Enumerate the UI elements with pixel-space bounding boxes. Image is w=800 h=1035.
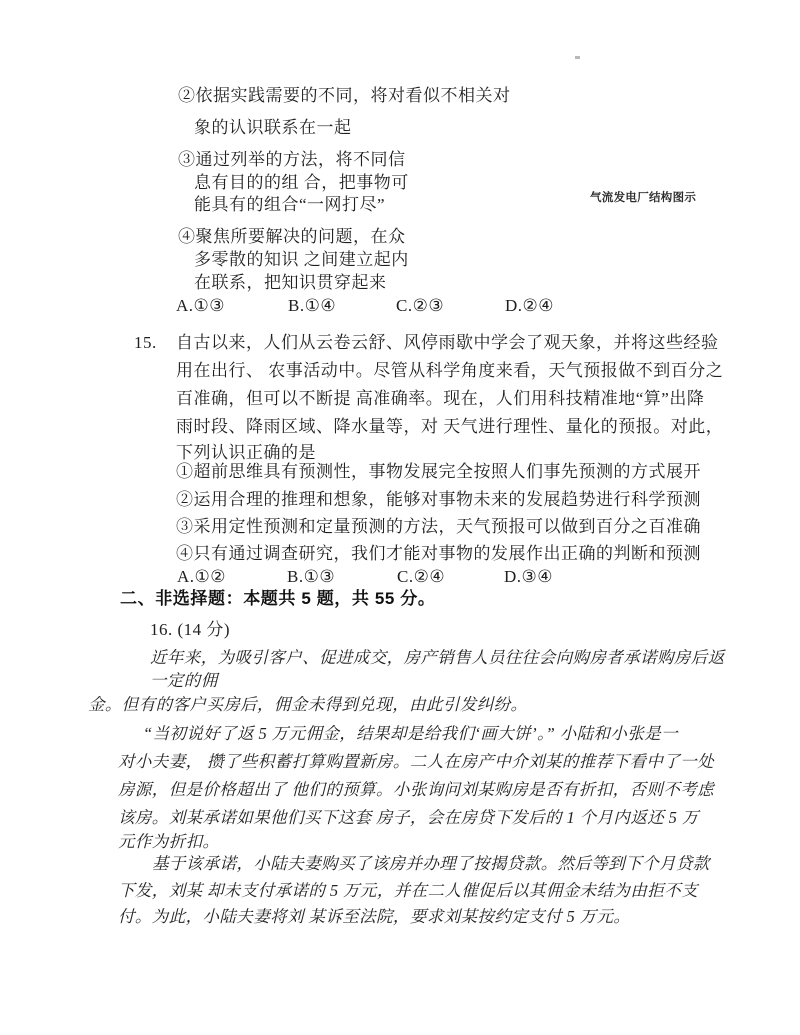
q16-para3-line3: 付。为此，小陆夫妻将刘 某诉至法院，要求刘某按约定支付 5 万元。	[118, 909, 630, 926]
q14-option4-line1: ④聚焦所要解决的问题，在众	[178, 228, 406, 245]
q16-intro-line3: 金。但有的客户买房后，佣金未得到兑现，由此引发纠纷。	[88, 697, 527, 714]
q16-heading: 16. (14 分)	[150, 621, 230, 638]
q15-number: 15.	[134, 334, 157, 351]
q15-choice-3: ③采用定性预测和定量预测的方法，天气预报可以做到百分之百准确	[176, 518, 701, 535]
q16-para2-line2: 对小夫妻， 攒了些积蓄打算购置新房。二人在房产中介刘某的推荐下看中了一处	[118, 754, 714, 771]
q15-stem-line4: 雨时段、降雨区域、降水量等，对 天气进行理性、量化的预报。对此，	[176, 418, 723, 435]
q15-answer-b: B.①③	[287, 568, 335, 585]
q14-answer-a: A.①③	[176, 297, 225, 314]
q14-option4-line3: 在联系，把知识贯穿起来	[194, 274, 387, 291]
q16-intro-line1: 近年来，为吸引客户、促进成交，房产销售人员往往会向购房者承诺购房后返	[150, 650, 725, 667]
q16-para2-line4: 该房。刘某承诺如果他们买下这套 房子，会在房贷下发后的 1 个月内返还 5 万	[118, 810, 699, 827]
q16-para3-line2: 下发，刘某 却未支付承诺的 5 万元，并在二人催促后以其佣金未结为由拒不支	[118, 883, 698, 900]
q15-choice-4: ④只有通过调查研究，我们才能对事物的发展作出正确的判断和预测	[176, 545, 701, 562]
q16-para2-line3: 房源，但是价格超出了 他们的预算。小张询问刘某购房是否有折扣，否则不考虑	[118, 782, 714, 799]
q15-answer-a: A.①②	[177, 568, 226, 585]
q15-stem-line2: 用在出行、 农事活动中。尽管从科学角度来看，天气预报做不到百分之	[176, 362, 723, 379]
q15-choice-1: ①超前思维具有预测性，事物发展完全按照人们事先预测的方式展开	[176, 463, 701, 480]
q14-option3-line1: ③通过列举的方法，将不同信	[178, 151, 406, 168]
q16-para3-line1: 基于该承诺，小陆夫妻购买了该房并办理了按揭贷款。然后等到下个月贷款	[152, 856, 710, 873]
figure-caption: 气流发电厂结构图示	[590, 193, 696, 205]
q14-answer-c: C.②③	[396, 297, 444, 314]
q14-option2-line1: ②依据实践需要的不同，将对看似不相关对	[178, 87, 511, 104]
q14-answer-b: B.①④	[288, 297, 336, 314]
q15-choice-2: ②运用合理的推理和想象，能够对事物未来的发展趋势进行科学预测	[176, 491, 701, 508]
q15-answer-d: D.③④	[504, 568, 553, 585]
q14-option2-line2: 象的认识联系在一起	[194, 119, 352, 136]
q14-option3-line3: 能具有的组合“一网打尽”	[194, 196, 385, 213]
q14-option4-line2: 多零散的知识 之间建立起内	[194, 251, 409, 268]
q15-stem-line3: 百准确，但可以不断提 高准确率。现在，人们用科技精准地“算”出降	[176, 390, 704, 407]
q15-stem-line1: 自古以来，人们从云卷云舒、风停雨歇中学会了观天象，并将这些经验	[176, 334, 719, 351]
q16-para2-line1: “当初说好了返 5 万元佣金，结果却是给我们‘画大饼’。” 小陆和小张是一	[143, 726, 678, 743]
q15-stem-line5: 下列认识正确的是	[176, 444, 316, 461]
q14-answer-d: D.②④	[505, 297, 554, 314]
q16-para2-line5: 元作为折扣。	[118, 834, 219, 851]
q14-option3-line2: 息有目的的组 合，把事物可	[194, 174, 409, 191]
section2-header: 二、非选择题：本题共 5 题，共 55 分。	[120, 590, 435, 607]
q15-answer-c: C.②④	[397, 568, 445, 585]
q16-intro-line2: 一定的佣	[150, 673, 218, 690]
scan-artifact-dot	[575, 56, 580, 59]
exam-paper-page: ②依据实践需要的不同，将对看似不相关对 象的认识联系在一起 ③通过列举的方法，将…	[0, 0, 800, 1035]
